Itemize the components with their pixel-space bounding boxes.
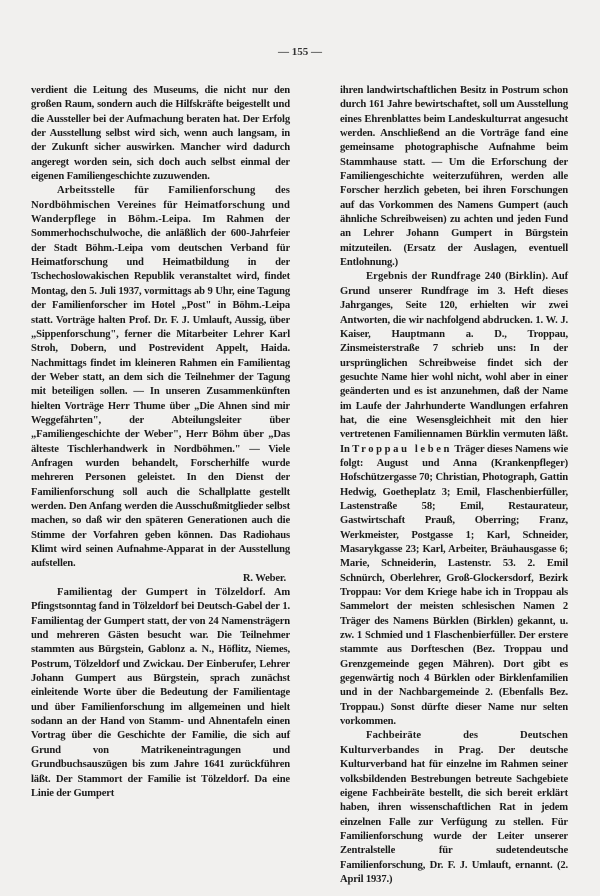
article-signature: R. Weber. [31, 572, 286, 586]
article-fachbeiraete: Fachbeiräte des Deutschen Kulturverbande… [340, 729, 568, 887]
article-rundfrage: Ergebnis der Rundfrage 240 (Birklin). Au… [340, 270, 568, 729]
article-title: Ergebnis der Rundfrage 240 (Birklin). [340, 271, 548, 282]
article-body: Im Rahmen der Sommerhochschulwoche, die … [31, 214, 290, 569]
article-title: Familientag der Gumpert in Tölzeldorf. [31, 587, 266, 598]
continuation-paragraph: ihren landwirtschaftlichen Besitz in Pos… [340, 84, 568, 270]
left-column: verdient die Leitung des Museums, die ni… [31, 84, 290, 801]
article-body: Am Pfingstsonntag fand in Tölzeldorf bei… [31, 587, 290, 799]
right-column: ihren landwirtschaftlichen Besitz in Pos… [340, 84, 568, 887]
page-number: — 155 — [0, 46, 600, 58]
article-arbeitsstelle: Arbeitsstelle für Familienforschung des … [31, 184, 290, 571]
article-body: Auf Grund unserer Rundfrage im 3. Heft d… [340, 271, 568, 454]
article-body-continued: Träger dieses Namens wie folgt: August u… [340, 444, 568, 728]
article-body: Der deutsche Kulturverband hat für einze… [340, 745, 568, 885]
emphasized-text: Troppau leben [352, 444, 452, 455]
intro-paragraph: verdient die Leitung des Museums, die ni… [31, 84, 290, 184]
article-familientag-gumpert: Familientag der Gumpert in Tölzeldorf. A… [31, 586, 290, 801]
